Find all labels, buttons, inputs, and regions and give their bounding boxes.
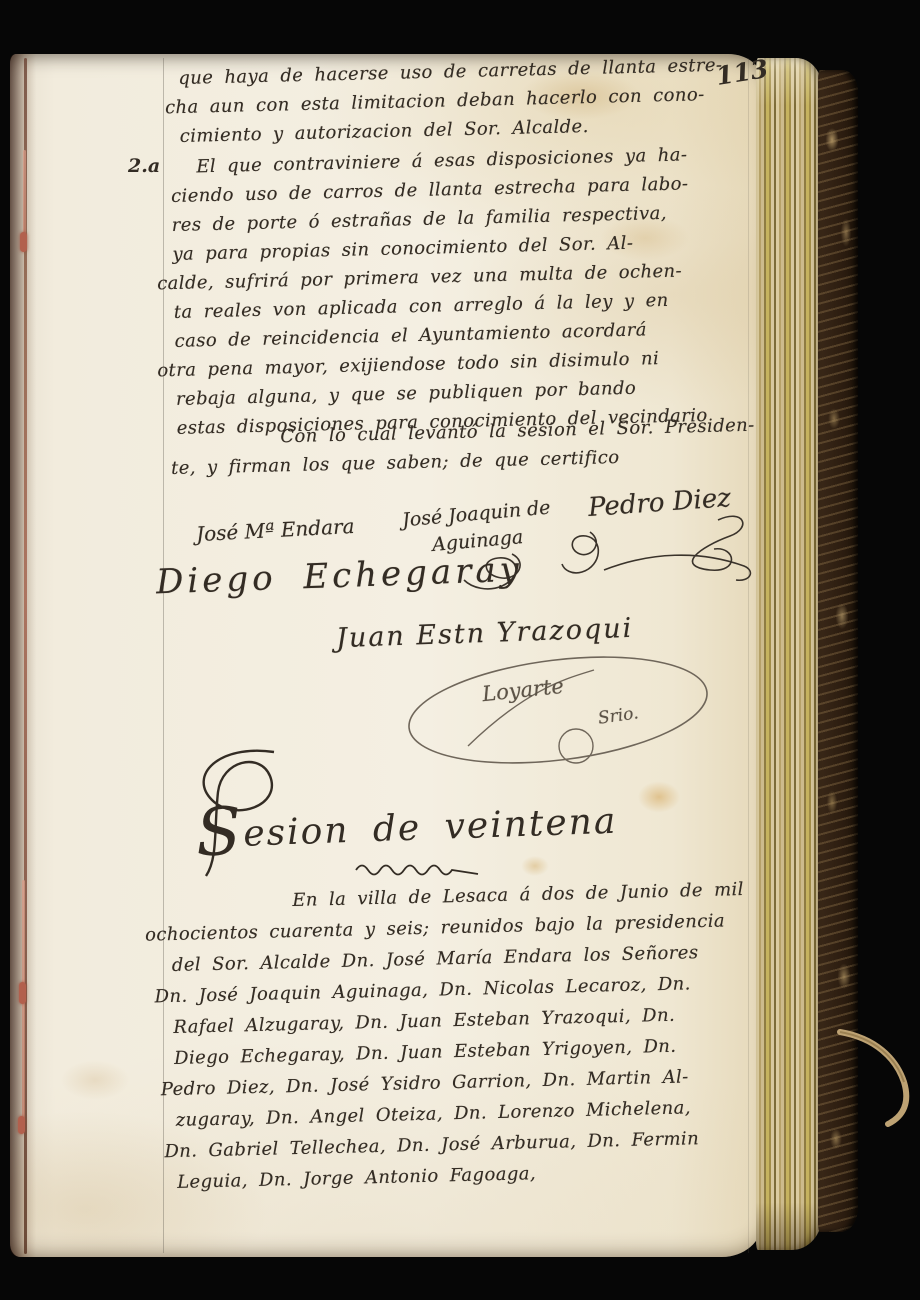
opening-paragraph: que haya de hacerse uso de carretas de l… (178, 51, 724, 151)
stitch-knot (19, 982, 26, 1004)
binding-thread (23, 150, 26, 245)
stitch-knot (20, 232, 27, 252)
session-paragraph: En la villa de Lesaca á dos de Junio de … (170, 874, 751, 1198)
photograph-of-manuscript-book: 113 que haya de hacerse uso de carretas … (0, 0, 920, 1300)
article-2-marker: 2.a (128, 155, 160, 177)
article-2-paragraph: El que contraviniere á esas disposicione… (170, 140, 708, 443)
heading-initial: S (195, 793, 245, 872)
stitch-knot (18, 1116, 25, 1134)
marbled-cover-edge (818, 70, 858, 1232)
page-edge-stack (756, 58, 822, 1250)
